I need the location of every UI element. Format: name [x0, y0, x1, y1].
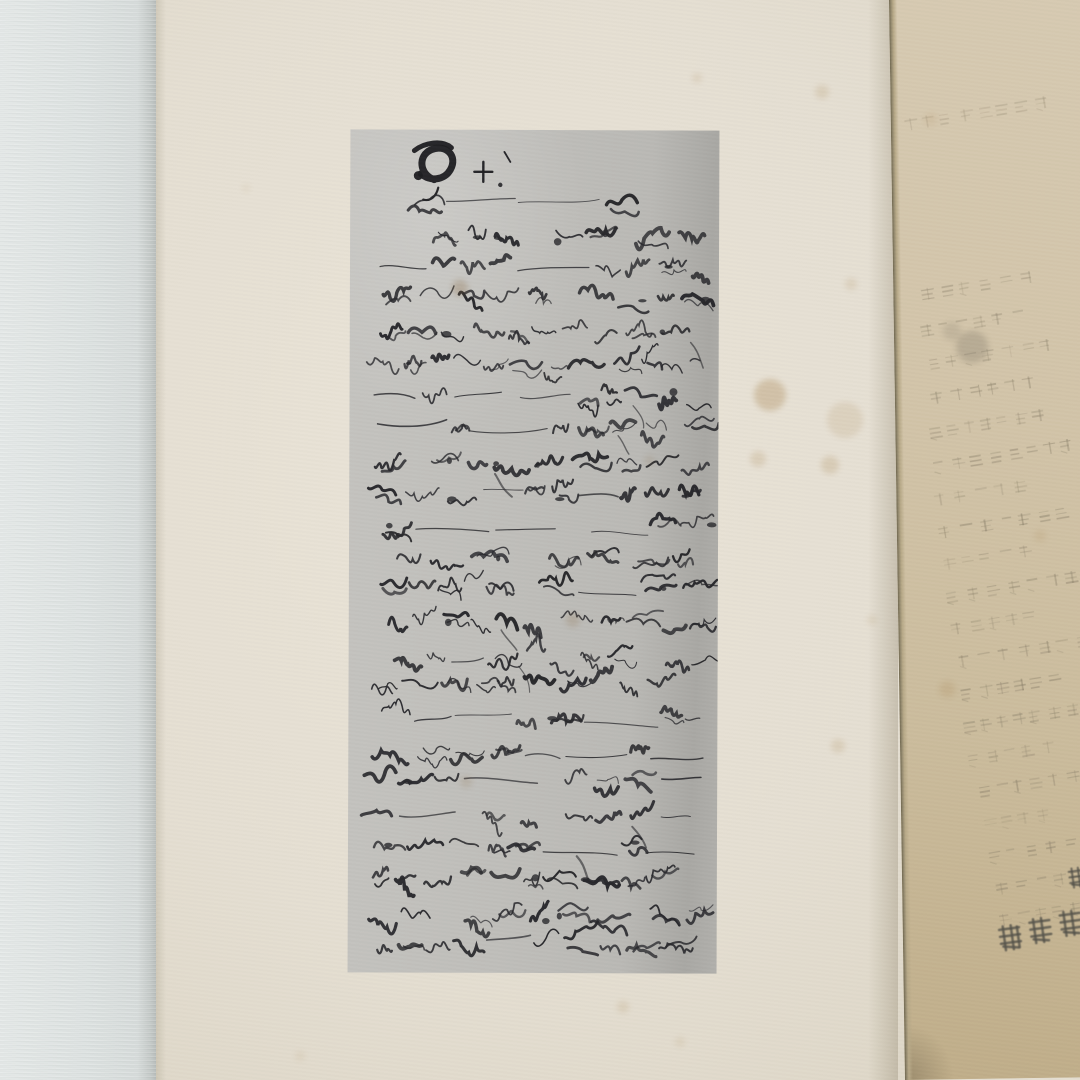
foxing-stain	[750, 451, 766, 467]
foxing-stain	[675, 1037, 685, 1047]
foxing-stain	[827, 402, 863, 438]
foxing-stain	[831, 739, 845, 753]
foxing-stain	[845, 278, 857, 290]
book-endpaper-strip	[0, 0, 156, 1080]
foxing-stain	[754, 379, 786, 411]
page-crease-shadow	[156, 0, 166, 1080]
foxing-stain	[617, 1001, 629, 1013]
cipher-seal-mark	[414, 143, 511, 200]
plate-ink	[348, 129, 720, 973]
foxing-stain	[821, 456, 839, 474]
plate-page	[156, 0, 924, 1080]
foxing-stain	[692, 73, 702, 83]
foxing-stain	[295, 1051, 305, 1061]
foxing-stain	[815, 85, 829, 99]
facing-text-page	[889, 0, 1080, 1080]
photo-of-open-book	[0, 0, 1080, 1080]
calligraphy-plate-photo	[348, 129, 720, 973]
foxing-stain	[242, 184, 250, 192]
